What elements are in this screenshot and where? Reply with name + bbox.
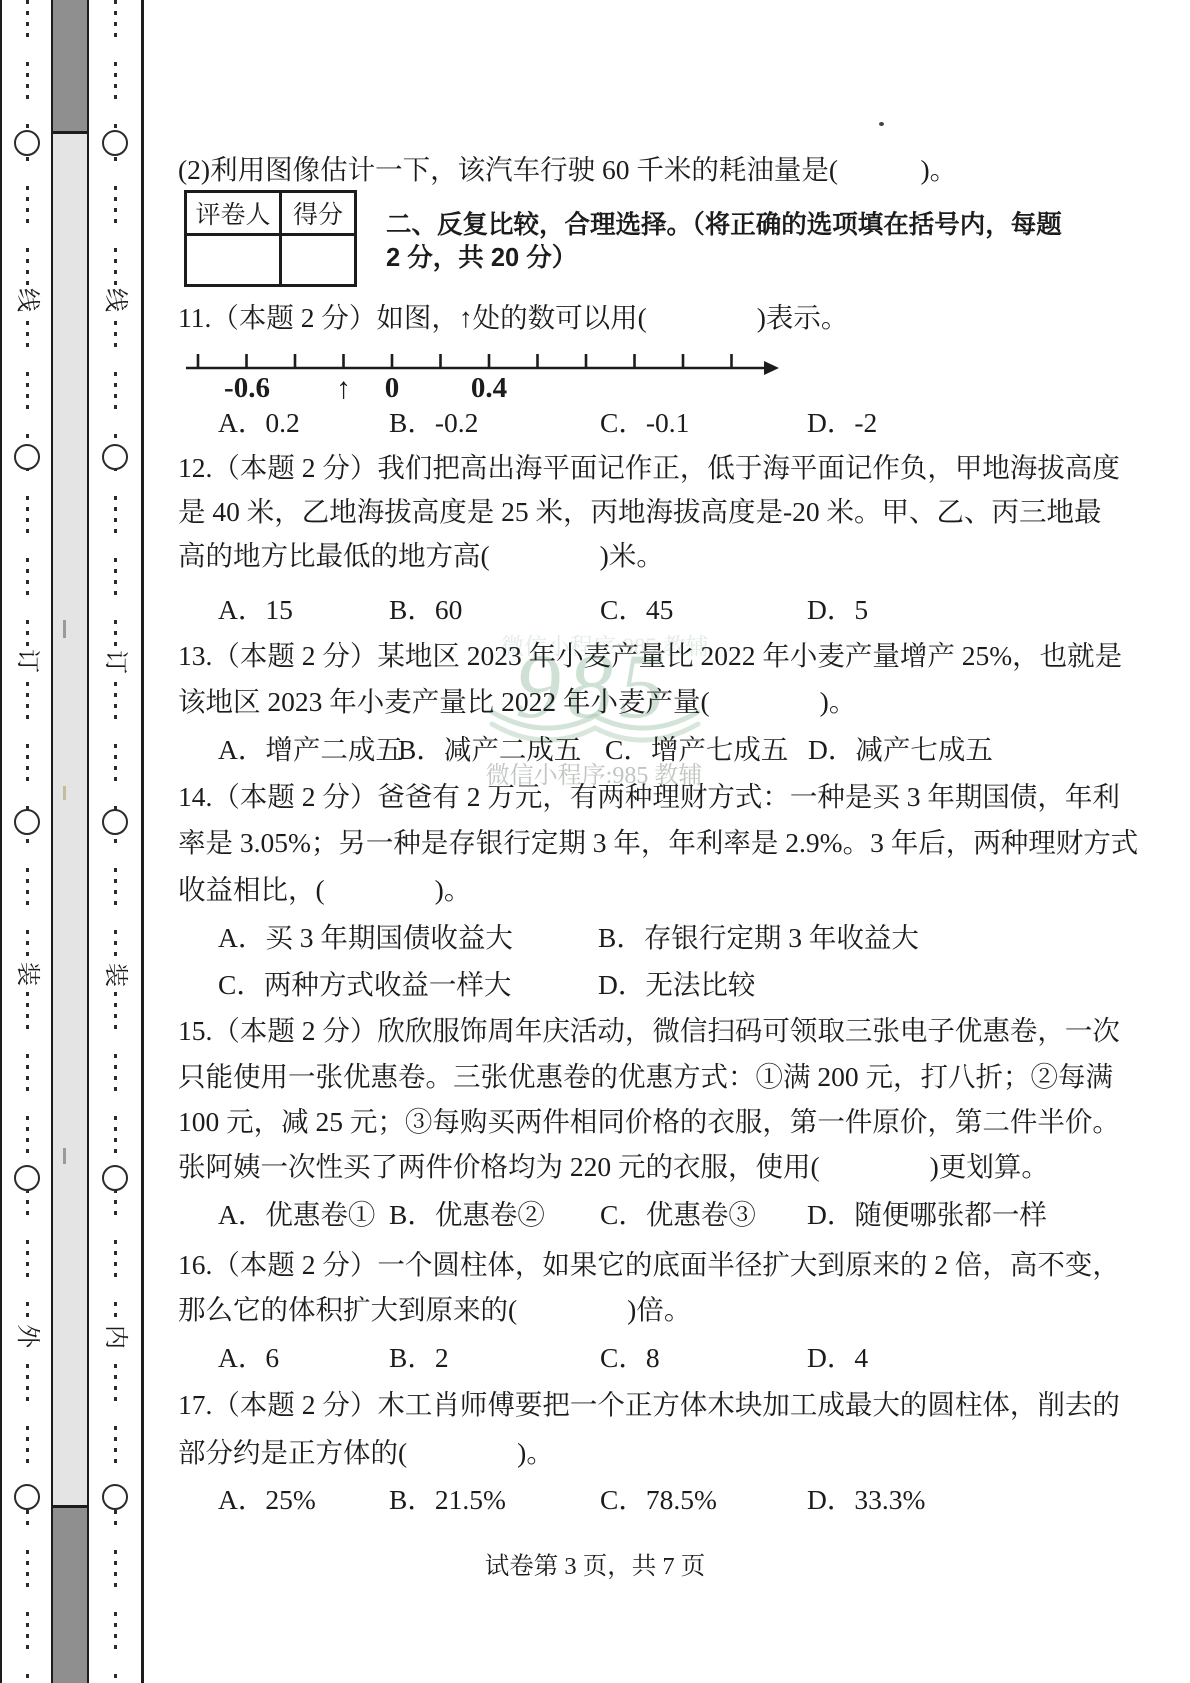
binding-ring — [102, 444, 128, 470]
question-12-line-1: 12.（本题 2 分）我们把高出海平面记作正，低于海平面记作负，甲地海拔高度 — [178, 445, 1060, 491]
binding-strip — [51, 0, 89, 1683]
question-13-line-1: 13.（本题 2 分）某地区 2023 年小麦产量比 2022 年小麦产量增产 … — [178, 633, 1060, 679]
number-line-label-neg06: -0.6 — [224, 372, 270, 402]
question-16-options: A．6 B．2 C．8 D．4 — [218, 1335, 1063, 1381]
grader-score-table: 评卷人 得分 — [184, 190, 357, 287]
number-line-label-0: 0 — [385, 372, 400, 402]
binding-dotted-line-outer — [26, 0, 29, 1683]
question-15-line-4: 张阿姨一次性买了两件价格均为 220 元的衣服，使用( )更划算。 — [178, 1144, 1060, 1190]
binding-char-ding-outer: 订 — [6, 646, 48, 676]
question-13-line-2: 该地区 2023 年小麦产量比 2022 年小麦产量( )。 — [178, 679, 1060, 725]
binding-dotted-line-inner — [114, 0, 117, 1683]
score-table-cell-grader — [186, 235, 281, 286]
question-16-line-1: 16.（本题 2 分）一个圆柱体，如果它的底面半径扩大到原来的 2 倍，高不变， — [178, 1242, 1060, 1288]
binding-ring — [14, 1484, 40, 1510]
option-b: B．60 — [389, 587, 462, 633]
option-d: D．-2 — [807, 400, 877, 446]
question-14-line-1: 14.（本题 2 分）爸爸有 2 万元，有两种理财方式：一种是买 3 年期国债，… — [178, 774, 1060, 820]
option-a: A．增产二成五 — [218, 727, 403, 773]
binding-char-wai: 外 — [6, 1321, 48, 1351]
question-14-options-ab: A．买 3 年期国债收益大 B．存银行定期 3 年收益大 — [218, 915, 1063, 961]
option-d: D．5 — [807, 587, 868, 633]
binding-ring — [14, 444, 40, 470]
binding-ring — [14, 1165, 40, 1191]
option-a: A．优惠卷① — [218, 1192, 375, 1238]
binding-ring — [102, 130, 128, 156]
question-16-line-2: 那么它的体积扩大到原来的( )倍。 — [178, 1287, 1060, 1333]
option-b: B．2 — [389, 1335, 449, 1381]
scan-artifact — [63, 786, 66, 800]
question-17-line-1: 17.（本题 2 分）木工肖师傅要把一个正方体木块加工成最大的圆柱体，削去的 — [178, 1382, 1060, 1428]
section-2-header-line-1: 二、反复比较，合理选择。（将正确的选项填在括号内，每题 — [386, 209, 1056, 242]
binding-char-ding-inner: 订 — [94, 647, 136, 677]
sub-question-2-text: (2)利用图像估计一下，该汽车行驶 60 千米的耗油量是( )。 — [178, 147, 1060, 193]
option-c: C．78.5% — [600, 1477, 717, 1523]
score-table-header-grader: 评卷人 — [186, 192, 281, 235]
option-d: D．4 — [807, 1335, 868, 1381]
option-a: A．15 — [218, 587, 293, 633]
option-c: C．增产七成五 — [605, 727, 788, 773]
option-a: A．25% — [218, 1477, 316, 1523]
binding-char-zhuang-inner: 装 — [94, 960, 136, 990]
page-footer: 试卷第 3 页，共 7 页 — [165, 1547, 1025, 1587]
binding-ring — [14, 130, 40, 156]
option-b: B．21.5% — [389, 1477, 506, 1523]
option-b: B．存银行定期 3 年收益大 — [598, 915, 919, 961]
question-15-line-3: 100 元，减 25 元；③每购买两件相同价格的衣服，第一件原价，第二件半价。 — [178, 1099, 1060, 1145]
option-d: D．33.3% — [807, 1477, 925, 1523]
question-14-line-2: 率是 3.05%；另一种是存银行定期 3 年，年利率是 2.9%。3 年后，两种… — [178, 820, 1060, 866]
number-line-arrowhead — [764, 361, 779, 375]
question-17-line-2: 部分约是正方体的( )。 — [178, 1430, 1060, 1476]
section-2-header-line-2: 2 分，共 20 分） — [386, 242, 1056, 275]
question-14-options-cd: C．两种方式收益一样大 D．无法比较 — [218, 962, 1063, 1008]
option-b: B．-0.2 — [389, 400, 478, 446]
option-c: C．-0.1 — [600, 400, 689, 446]
scan-artifact — [63, 620, 66, 638]
option-a: A．6 — [218, 1335, 279, 1381]
scan-speck — [879, 122, 884, 126]
option-b: B．优惠卷② — [389, 1192, 545, 1238]
binding-char-zhuang-outer: 装 — [6, 959, 48, 989]
option-d: D．随便哪张都一样 — [807, 1192, 1047, 1238]
option-c: C．45 — [600, 587, 673, 633]
option-c: C．两种方式收益一样大 — [218, 962, 511, 1008]
number-line-label-04: 0.4 — [471, 372, 507, 402]
question-13-options: A．增产二成五 B．减产二成五 C．增产七成五 D．减产七成五 — [218, 727, 1063, 773]
binding-ring — [102, 809, 128, 835]
binding-char-xian-outer: 线 — [6, 285, 48, 315]
question-12-line-2: 是 40 米，乙地海拔高度是 25 米，丙地海拔高度是-20 米。甲、乙、丙三地… — [178, 489, 1060, 535]
binding-char-nei: 内 — [94, 1322, 136, 1352]
question-14-line-3: 收益相比，( )。 — [178, 867, 1060, 913]
number-line-pointer-arrow: ↑ — [336, 372, 351, 402]
option-a: A．0.2 — [218, 400, 300, 446]
margin-content-divider — [141, 0, 144, 1683]
scan-artifact — [63, 1148, 66, 1164]
option-d: D．减产七成五 — [808, 727, 993, 773]
question-17-options: A．25% B．21.5% C．78.5% D．33.3% — [218, 1477, 1063, 1523]
option-b: B．减产二成五 — [398, 727, 581, 773]
binding-ring — [102, 1165, 128, 1191]
option-d: D．无法比较 — [598, 962, 755, 1008]
option-c: C．8 — [600, 1335, 660, 1381]
binding-strip-dark-bottom — [51, 1505, 89, 1683]
question-12-line-3: 高的地方比最低的地方高( )米。 — [178, 533, 1060, 579]
page-left-border — [0, 0, 2, 1683]
option-c: C．优惠卷③ — [600, 1192, 756, 1238]
option-a: A．买 3 年期国债收益大 — [218, 915, 513, 961]
binding-char-xian-inner: 线 — [94, 285, 136, 315]
question-11-options: A．0.2 B．-0.2 C．-0.1 D．-2 — [218, 400, 1063, 446]
binding-strip-dark-top — [51, 0, 89, 134]
section-2-header: 二、反复比较，合理选择。（将正确的选项填在括号内，每题 2 分，共 20 分） — [386, 209, 1056, 274]
binding-ring — [14, 809, 40, 835]
score-table-cell-score — [281, 235, 356, 286]
binding-ring — [102, 1484, 128, 1510]
question-15-options: A．优惠卷① B．优惠卷② C．优惠卷③ D．随便哪张都一样 — [218, 1192, 1063, 1238]
number-line-figure: -0.6 0 0.4 ↑ — [180, 330, 780, 402]
question-15-line-2: 只能使用一张优惠卷。三张优惠卷的优惠方式：①满 200 元，打八折；②每满 — [178, 1054, 1060, 1100]
question-12-options: A．15 B．60 C．45 D．5 — [218, 587, 1063, 633]
question-15-line-1: 15.（本题 2 分）欣欣服饰周年庆活动，微信扫码可领取三张电子优惠卷，一次 — [178, 1008, 1060, 1054]
score-table-header-score: 得分 — [281, 192, 356, 235]
